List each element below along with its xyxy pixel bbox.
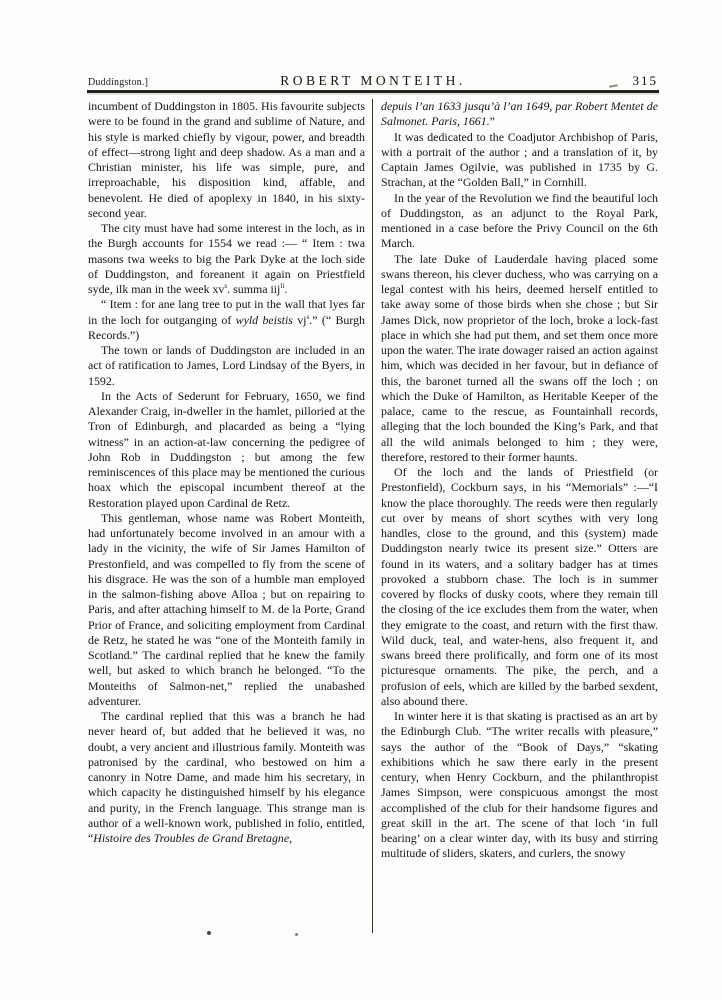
paragraph: In winter here it is that skating is pra…: [381, 709, 658, 862]
text-segment: It was dedicated to the Coadjutor Archbi…: [381, 130, 658, 190]
text-segment: vj: [293, 313, 307, 327]
paragraph: The city must have had some interest in …: [88, 221, 365, 297]
paragraph: This gentleman, whose name was Robert Mo…: [88, 511, 365, 709]
book-page-scan: Duddingston.] ROBERT MONTEITH. 315 incum…: [0, 0, 722, 1000]
text-segment: The town or lands of Duddingston are inc…: [88, 343, 365, 388]
paragraph: The cardinal replied that this was a bra…: [88, 709, 365, 846]
paragraph: In the year of the Revolution we find th…: [381, 191, 658, 252]
running-header: Duddingston.] ROBERT MONTEITH. 315: [88, 73, 658, 89]
scan-speck: [295, 933, 298, 936]
scan-speck: [207, 931, 211, 935]
text-columns: incumbent of Duddingston in 1805. His fa…: [88, 99, 658, 945]
paragraph: depuis l’an 1633 jusqu’à l’an 1649, par …: [381, 99, 658, 130]
paragraph: It was dedicated to the Coadjutor Archbi…: [381, 130, 658, 191]
text-segment: .: [284, 282, 287, 296]
paragraph: The town or lands of Duddingston are inc…: [88, 343, 365, 389]
text-segment: In winter here it is that skating is pra…: [381, 709, 658, 860]
paragraph: incumbent of Duddingston in 1805. His fa…: [88, 99, 365, 221]
header-rule: [87, 90, 659, 93]
paragraph: The late Duke of Lauderdale having place…: [381, 252, 658, 466]
header-section-note: Duddingston.]: [88, 77, 218, 88]
text-segment: Of the loch and the lands of Priestfield…: [381, 465, 658, 708]
column-divider-rule: [372, 99, 373, 933]
paragraph: Of the loch and the lands of Priestfield…: [381, 465, 658, 709]
page-title: ROBERT MONTEITH.: [218, 73, 528, 89]
text-segment: In the Acts of Sederunt for February, 16…: [88, 389, 365, 510]
text-segment: Histoire des Troubles de Grand Bretagne,: [93, 831, 292, 845]
text-segment: depuis l’an 1633 jusqu’à l’an 1649, par …: [381, 99, 658, 128]
text-segment: This gentleman, whose name was Robert Mo…: [88, 511, 365, 708]
right-column: depuis l’an 1633 jusqu’à l’an 1649, par …: [381, 99, 658, 945]
text-segment: ”: [490, 114, 495, 128]
text-segment: In the year of the Revolution we find th…: [381, 191, 658, 251]
text-segment: The cardinal replied that this was a bra…: [88, 709, 365, 845]
text-segment: The late Duke of Lauderdale having place…: [381, 252, 658, 464]
text-segment: incumbent of Duddingston in 1805. His fa…: [88, 99, 365, 220]
text-segment: wyld beistis: [236, 313, 293, 327]
paragraph: “ Item : for ane lang tree to put in the…: [88, 297, 365, 343]
paragraph: In the Acts of Sederunt for February, 16…: [88, 389, 365, 511]
page-number: 315: [528, 73, 658, 89]
left-column: incumbent of Duddingston in 1805. His fa…: [88, 99, 365, 945]
text-segment: . summa iij: [227, 282, 280, 296]
